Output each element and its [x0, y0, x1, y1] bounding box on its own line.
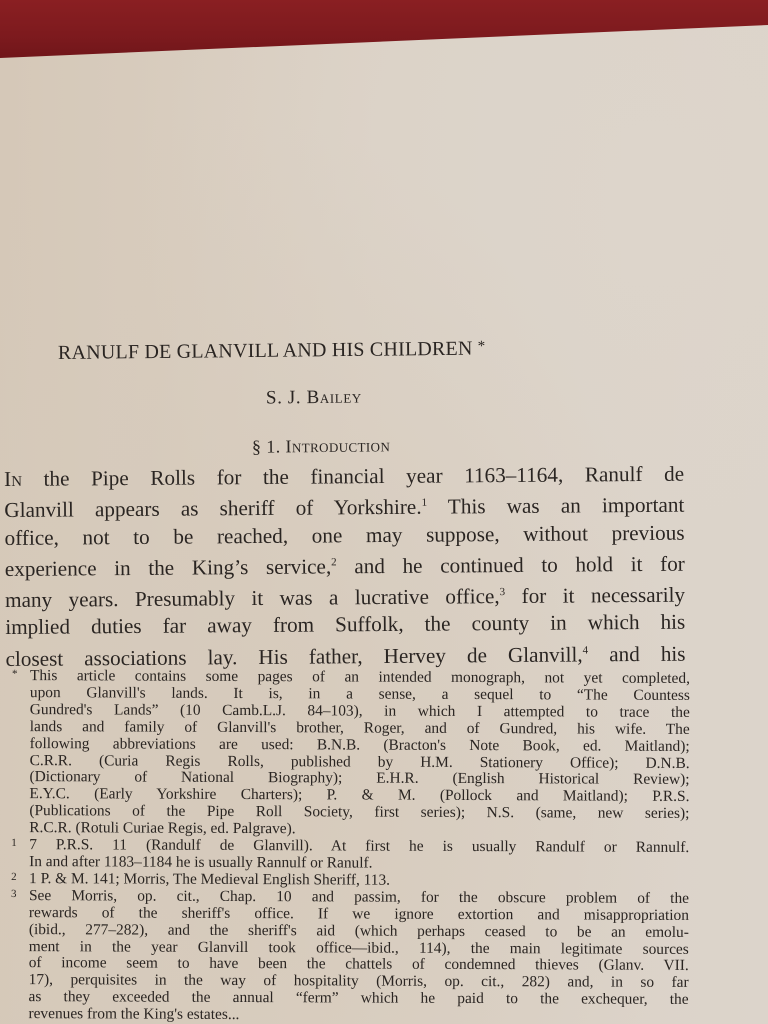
footnote-star: * This article contains some pages of an… [11, 668, 712, 840]
body-line: Glanvill appears as sheriff of Yorkshire… [4, 488, 684, 525]
title-footnote-mark: * [478, 339, 486, 355]
body-paragraph: In the Pipe Rolls for the financial year… [4, 461, 706, 674]
article-author: S. J. Bailey [266, 386, 362, 409]
footnotes: * This article contains some pages of an… [10, 668, 712, 1024]
footnote-mark: * [12, 666, 18, 683]
footnote-mark: 1 [11, 835, 17, 852]
footnote-3: 3 See Morris, op. cit., Chap. 10 and pas… [10, 888, 711, 1024]
footnote-mark: 3 [11, 886, 17, 903]
article-title-text: RANULF DE GLANVILL AND HIS CHILDREN [58, 338, 473, 364]
drop-lead-word: In [4, 467, 22, 491]
section-heading: § 1. Introduction [252, 435, 390, 457]
footnote-mark: 2 [11, 869, 17, 886]
footnote-1: 1 7 P.R.S. 11 (Randulf de Glanvill). At … [11, 837, 711, 874]
